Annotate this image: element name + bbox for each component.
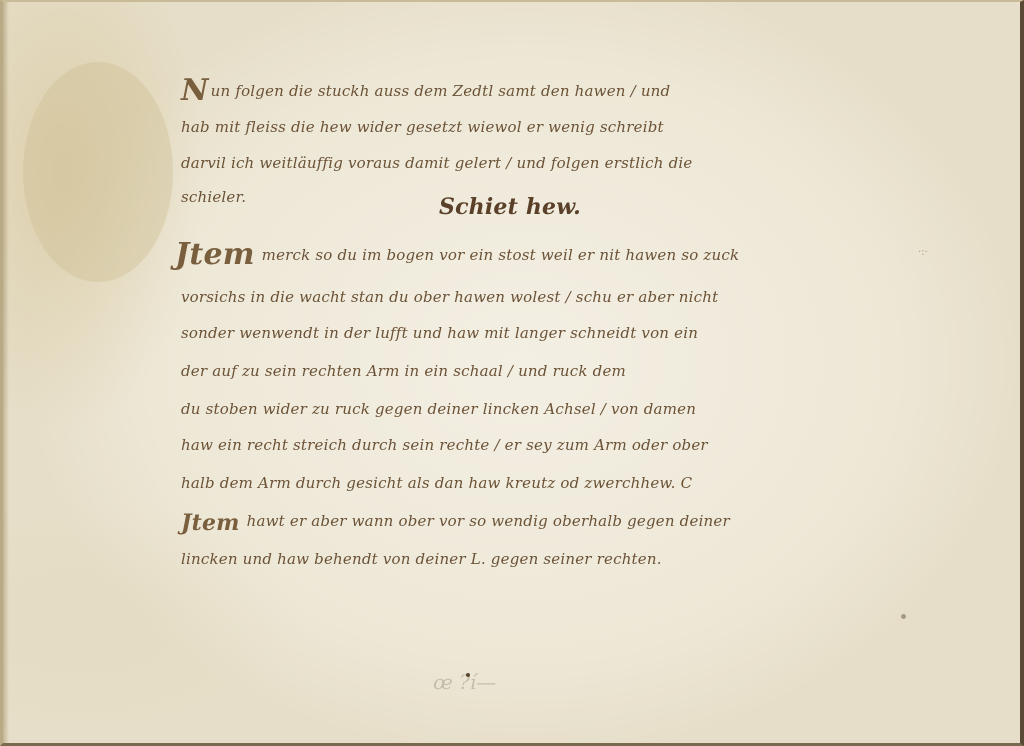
text-line: der auf zu sein rechten Arm in ein schaa… xyxy=(181,356,626,386)
ink-spot xyxy=(466,673,470,677)
ink-spot xyxy=(901,614,906,619)
manuscript-page: Nun folgen die stuckh auss dem Zedtl sam… xyxy=(0,0,1024,746)
text-line: darvil ich weitläuffig voraus damit gele… xyxy=(181,148,693,178)
decorated-initial: Jtem xyxy=(175,237,255,272)
text-line: vorsichs in die wacht stan du ober hawen… xyxy=(181,282,718,312)
decorated-initial: N xyxy=(181,73,209,108)
decorated-initial: Jtem xyxy=(181,510,240,536)
text-line: Nun folgen die stuckh auss dem Zedtl sam… xyxy=(181,76,670,106)
text-line: Jtem merck so du im bogen vor ein stost … xyxy=(175,240,739,270)
text-line: haw ein recht streich durch sein rechte … xyxy=(181,430,708,460)
text-line: schieler. xyxy=(181,182,246,212)
page-edge-shadow xyxy=(3,2,9,743)
age-stain xyxy=(23,62,173,282)
text-line: du stoben wider zu ruck gegen deiner lin… xyxy=(181,394,696,424)
marginal-mark: ·:· xyxy=(918,247,936,259)
text-line: hab mit fleiss die hew wider gesetzt wie… xyxy=(181,112,664,142)
section-heading: Schiet hew. xyxy=(439,194,581,220)
faint-bleedthrough-mark: œ ?í— xyxy=(433,670,496,694)
text-line: Jtem hawt er aber wann ober vor so wendi… xyxy=(181,506,730,536)
text-line: lincken und haw behendt von deiner L. ge… xyxy=(181,544,662,574)
text-line: halb dem Arm durch gesicht als dan haw k… xyxy=(181,468,692,498)
text-line: sonder wenwendt in der lufft und haw mit… xyxy=(181,318,698,348)
